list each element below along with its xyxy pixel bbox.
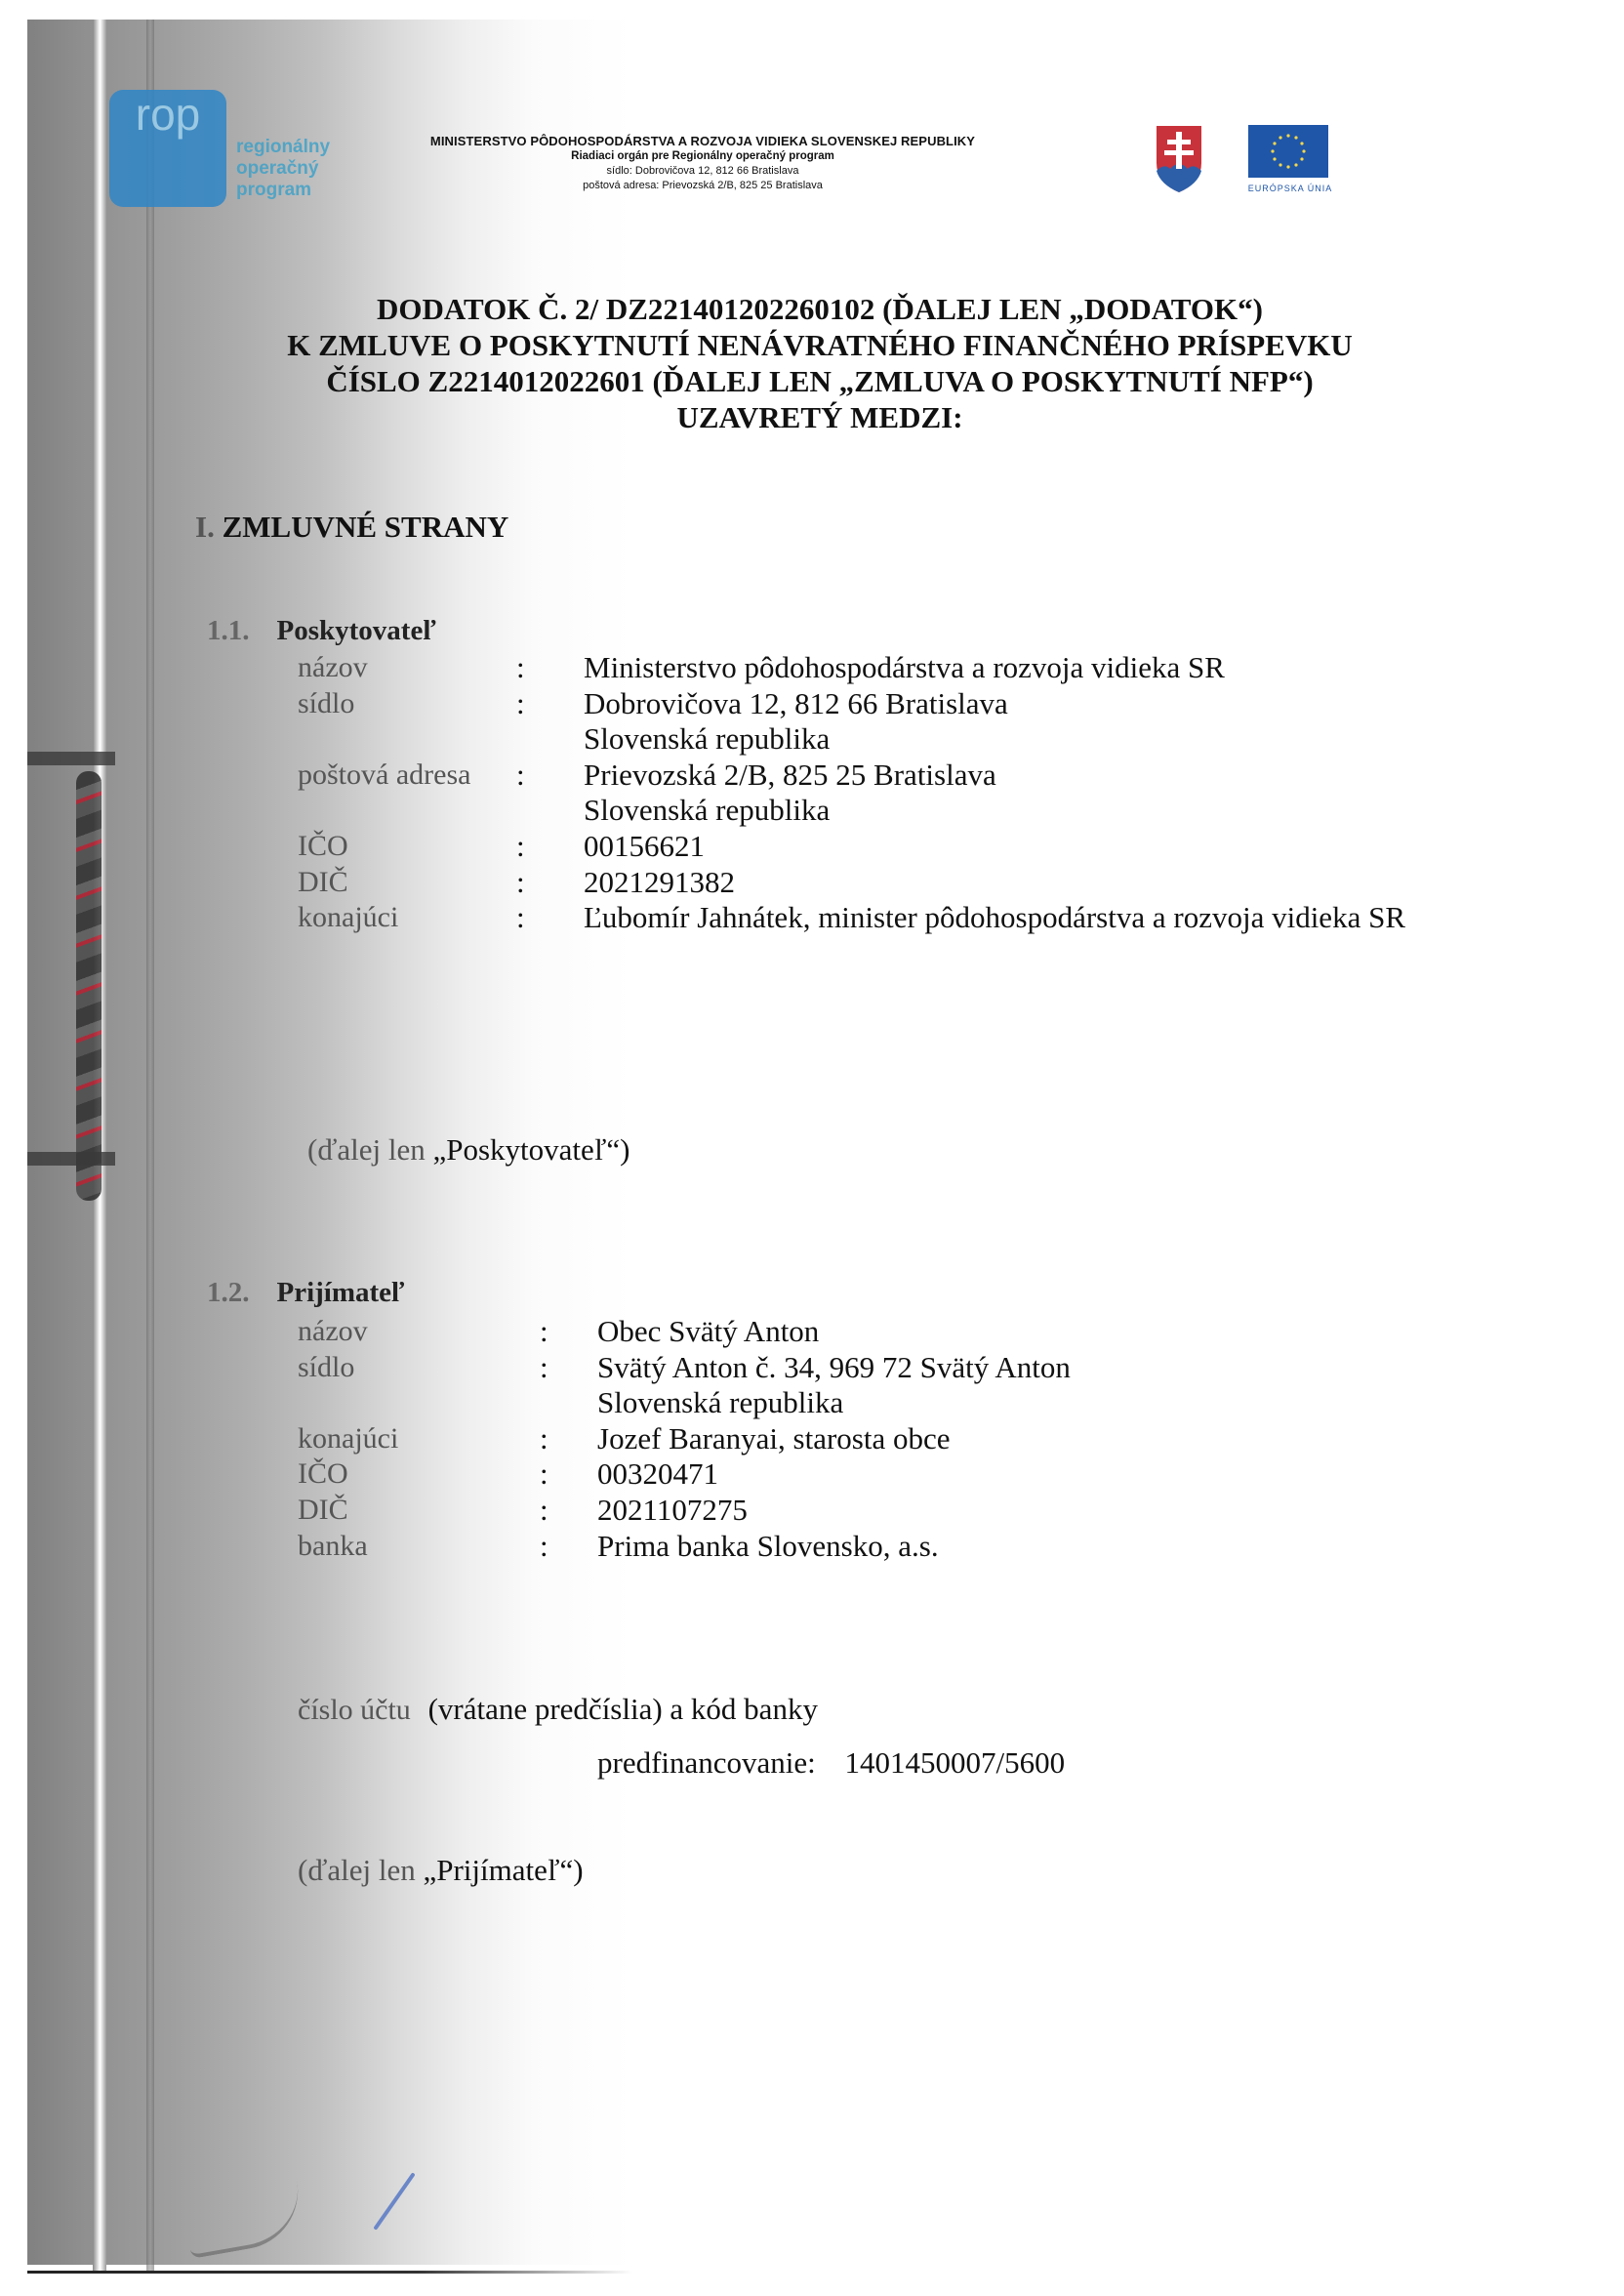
title-line-3: ČÍSLO Z2214012022601 (ĎALEJ LEN „ZMLUVA … <box>176 363 1464 399</box>
provider-title: Poskytovateľ <box>277 615 436 646</box>
recipient-number: 1.2. <box>207 1277 250 1308</box>
rop-line-3: program <box>236 180 330 201</box>
note-value: „Prijímateľ“) <box>423 1853 583 1887</box>
scan-margin <box>0 0 27 2296</box>
binder-cable <box>76 771 101 1201</box>
note-value: „Poskytovateľ“) <box>432 1132 629 1167</box>
field-value: Slovenská republika <box>584 721 830 757</box>
document-title: DODATOK Č. 2/ DZ221401202260102 (ĎALEJ L… <box>176 291 1464 435</box>
field-value: 00320471 <box>597 1456 718 1492</box>
rop-logo: rop <box>109 90 226 207</box>
field-label: IČO <box>298 1456 348 1492</box>
field-value: Obec Svätý Anton <box>597 1314 819 1349</box>
field-label: názov <box>298 650 368 685</box>
field-separator: : <box>540 1421 548 1456</box>
binder-edge <box>146 20 154 2273</box>
field-value: 2021107275 <box>597 1493 748 1528</box>
prefinancing-label: predfinancovanie: <box>597 1745 816 1780</box>
note-prefix: (ďalej len <box>298 1853 416 1887</box>
field-label: poštová adresa <box>298 758 470 793</box>
ministry-name: MINISTERSTVO PÔDOHOSPODÁRSTVA A ROZVOJA … <box>390 133 1015 149</box>
provider-alias-note: (ďalej len „Poskytovateľ“) <box>307 1132 629 1168</box>
title-line-1: DODATOK Č. 2/ DZ221401202260102 (ĎALEJ L… <box>176 291 1464 327</box>
field-value: Jozef Baranyai, starosta obce <box>597 1421 951 1456</box>
field-value: Prievozská 2/B, 825 25 Bratislava <box>584 758 996 793</box>
rop-line-1: regionálny <box>236 137 330 158</box>
section-number: I. <box>195 510 215 544</box>
field-value: 2021291382 <box>584 865 735 900</box>
field-label: konajúci <box>298 900 398 935</box>
recipient-alias-note: (ďalej len „Prijímateľ“) <box>298 1853 584 1888</box>
field-separator: : <box>516 900 525 935</box>
field-label: IČO <box>298 829 348 864</box>
field-value: Prima banka Slovensko, a.s. <box>597 1529 939 1564</box>
field-separator: : <box>516 829 525 864</box>
field-label: DIČ <box>298 1493 348 1528</box>
cable-bracket-top <box>27 752 115 765</box>
scan-bottom-line <box>27 2271 632 2274</box>
field-label: názov <box>298 1314 368 1349</box>
field-separator: : <box>516 650 525 685</box>
note-prefix: (ďalej len <box>307 1132 426 1167</box>
field-label: DIČ <box>298 865 348 900</box>
field-separator: : <box>540 1314 548 1349</box>
field-separator: : <box>540 1493 548 1528</box>
field-value: Ľubomír Jahnátek, minister pôdohospodárs… <box>584 900 1405 935</box>
field-value: Slovenská republika <box>584 793 830 828</box>
field-value: Svätý Anton č. 34, 969 72 Svätý Anton <box>597 1350 1071 1385</box>
cable-bracket-bottom <box>27 1152 115 1166</box>
ministry-letterhead: MINISTERSTVO PÔDOHOSPODÁRSTVA A ROZVOJA … <box>390 133 1015 193</box>
rop-logo-text: regionálny operačný program <box>236 137 330 201</box>
field-separator: : <box>540 1456 548 1492</box>
prefinancing-account: 1401450007/5600 <box>845 1745 1066 1780</box>
slovak-coat-of-arms-icon <box>1155 124 1203 194</box>
ministry-authority: Riadiaci orgán pre Regionálny operačný p… <box>390 149 1015 164</box>
title-line-2: K ZMLUVE O POSKYTNUTÍ NENÁVRATNÉHO FINAN… <box>176 327 1464 363</box>
field-label: banka <box>298 1529 368 1564</box>
field-separator: : <box>516 686 525 721</box>
provider-heading: 1.1.Poskytovateľ <box>207 615 436 647</box>
field-separator: : <box>540 1529 548 1564</box>
eu-flag-icon <box>1248 125 1328 178</box>
field-value: Slovenská republika <box>597 1385 843 1420</box>
prefinancing-row: predfinancovanie: 1401450007/5600 <box>597 1745 1065 1781</box>
recipient-title: Prijímateľ <box>277 1277 405 1308</box>
account-row: číslo účtu (vrátane predčíslia) a kód ba… <box>298 1692 818 1728</box>
scan-bottom-margin <box>27 2273 1624 2296</box>
field-separator: : <box>516 758 525 793</box>
field-label: sídlo <box>298 686 354 721</box>
title-line-4: UZAVRETÝ MEDZI: <box>176 399 1464 435</box>
field-label: konajúci <box>298 1421 398 1456</box>
field-separator: : <box>540 1350 548 1385</box>
field-value: Dobrovičova 12, 812 66 Bratislava <box>584 686 1008 721</box>
section-title: ZMLUVNÉ STRANY <box>223 510 509 544</box>
ministry-postal-address: poštová adresa: Prievozská 2/B, 825 25 B… <box>390 179 1015 193</box>
account-label: číslo účtu <box>298 1694 411 1726</box>
ministry-seat: sídlo: Dobrovičova 12, 812 66 Bratislava <box>390 164 1015 179</box>
field-label: sídlo <box>298 1350 354 1385</box>
section-heading: I. ZMLUVNÉ STRANY <box>195 510 508 545</box>
recipient-heading: 1.2.Prijímateľ <box>207 1277 405 1309</box>
eu-label: EURÓPSKA ÚNIA <box>1241 184 1339 193</box>
rop-logo-mark: rop <box>109 90 226 139</box>
account-description: (vrátane predčíslia) a kód banky <box>428 1692 818 1726</box>
provider-number: 1.1. <box>207 615 250 646</box>
rop-line-2: operačný <box>236 158 330 180</box>
field-value: 00156621 <box>584 829 705 864</box>
field-value: Ministerstvo pôdohospodárstva a rozvoja … <box>584 650 1225 685</box>
field-separator: : <box>516 865 525 900</box>
